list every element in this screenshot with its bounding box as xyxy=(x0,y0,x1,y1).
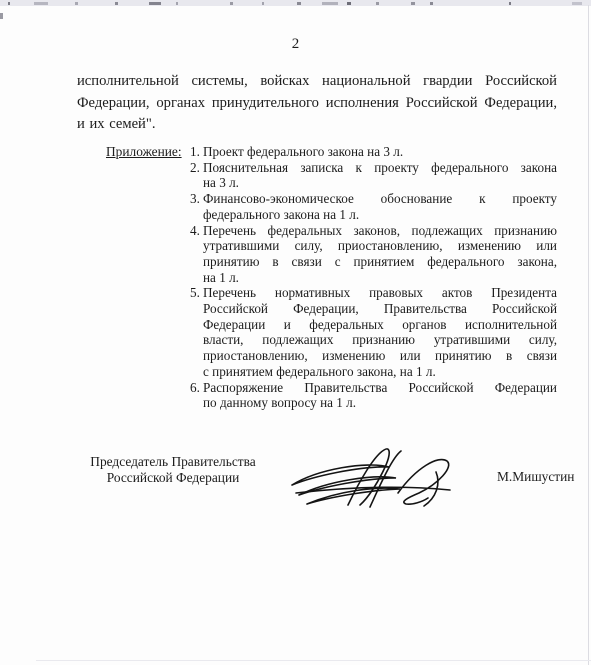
attachment-item: 5. Перечень нормативных правовых актов П… xyxy=(190,285,557,379)
item-line: Пояснительная записка к проекту федераль… xyxy=(203,160,557,176)
scan-artifact xyxy=(34,2,48,5)
scan-artifact xyxy=(115,2,118,5)
scan-artifact xyxy=(262,2,264,5)
attachments-label: Приложение: xyxy=(106,144,182,160)
scan-artifact xyxy=(322,2,338,5)
item-line: Финансово-экономическое обоснование к пр… xyxy=(203,191,557,207)
scan-artifact xyxy=(75,2,78,5)
item-line: Распоряжение Правительства Российской Фе… xyxy=(203,380,557,396)
scan-artifact xyxy=(149,2,161,5)
attachment-item: 3. Финансово-экономическое обоснование к… xyxy=(190,191,557,222)
scan-artifact xyxy=(430,2,433,5)
page-edge-line xyxy=(588,5,589,665)
scan-artifact xyxy=(509,2,511,5)
attachment-item: 2. Пояснительная записка к проекту федер… xyxy=(190,160,557,191)
scan-artifact xyxy=(176,2,178,5)
scan-artifact xyxy=(572,2,582,5)
item-number: 6. xyxy=(190,380,200,396)
item-line: Проект федерального закона на 3 л. xyxy=(203,144,557,160)
item-line: приостановлению, изменению или принятию … xyxy=(203,348,557,364)
item-number: 3. xyxy=(190,191,200,207)
scan-artifact xyxy=(376,2,379,5)
page-edge-line xyxy=(36,660,591,661)
signer-title: Председатель Правительства Российской Фе… xyxy=(84,454,262,486)
attachment-item: 4. Перечень федеральных законов, подлежа… xyxy=(190,223,557,286)
item-line: Перечень нормативных правовых актов През… xyxy=(203,285,557,301)
item-line: власти, подлежащих признанию утратившими… xyxy=(203,332,557,348)
item-line: на 3 л. xyxy=(203,175,557,191)
attachments-list: 1. Проект федерального закона на 3 л. 2.… xyxy=(190,144,557,411)
paragraph-line: и их семей". xyxy=(77,114,557,136)
item-number: 4. xyxy=(190,223,200,239)
item-line: утратившими силу, приостановлению, измен… xyxy=(203,238,557,254)
item-number: 1. xyxy=(190,144,200,160)
signer-title-line: Председатель Правительства xyxy=(84,454,262,470)
signer-title-line: Российской Федерации xyxy=(84,470,262,486)
paragraph-line: исполнительной системы, войсках национал… xyxy=(77,71,557,93)
scan-artifact xyxy=(411,2,415,5)
signer-name: М.Мишустин xyxy=(497,469,574,485)
item-line: на 1 л. xyxy=(203,270,557,286)
scan-artifact xyxy=(0,13,3,19)
handwritten-signature xyxy=(288,446,458,508)
item-line: принятию в связи с принятием федеральног… xyxy=(203,254,557,270)
body-paragraph: исполнительной системы, войсках национал… xyxy=(77,71,557,136)
item-number: 2. xyxy=(190,160,200,176)
document-page: 2 исполнительной системы, войсках национ… xyxy=(0,0,591,665)
item-line: Российской Федерации, Правительства Росс… xyxy=(203,301,557,317)
attachment-item: 6. Распоряжение Правительства Российской… xyxy=(190,380,557,411)
scan-artifact xyxy=(297,2,301,5)
item-line: Перечень федеральных законов, подлежащих… xyxy=(203,223,557,239)
scan-artifact xyxy=(8,2,10,5)
scan-artifact-strip xyxy=(0,0,591,6)
item-line: с принятием федерального закона, на 1 л. xyxy=(203,364,557,380)
page-number: 2 xyxy=(0,36,591,53)
item-line: федерального закона на 1 л. xyxy=(203,207,557,223)
scan-artifact xyxy=(347,2,351,5)
scan-artifact xyxy=(230,2,233,5)
attachment-item: 1. Проект федерального закона на 3 л. xyxy=(190,144,557,160)
item-number: 5. xyxy=(190,285,200,301)
item-line: Федерации и федеральных органов исполнит… xyxy=(203,317,557,333)
paragraph-line: Федерации, органах принудительного испол… xyxy=(77,93,557,115)
item-line: по данному вопросу на 1 л. xyxy=(203,395,557,411)
